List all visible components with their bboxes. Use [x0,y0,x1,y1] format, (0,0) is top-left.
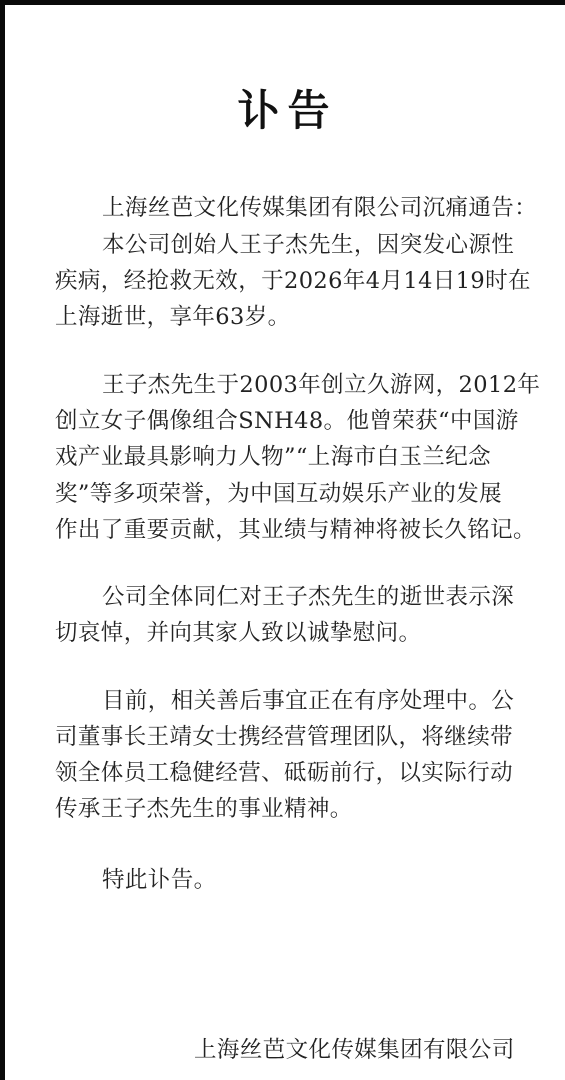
closing-line: 特此讣告。 [102,865,217,895]
paragraph-2-line-1: 王子杰先生于2003年创立久游网，2012年 [102,370,540,400]
paragraph-1-line-3: 疾病，经抢救无效，于2026年4月14日19时在 [55,266,531,296]
paragraph-2-line-2: 创立女子偶像组合SNH48。他曾荣获“中国游 [55,406,519,436]
paragraph-1-line-1: 上海丝芭文化传媒集团有限公司沉痛通告： [102,193,537,223]
paragraph-1-line-4: 上海逝世，享年63岁。 [55,302,291,332]
paragraph-4-line-4: 传承王子杰先生的事业精神。 [55,794,353,824]
paragraph-2-line-5: 作出了重要贡献，其业绩与精神将被长久铭记。 [55,515,536,545]
paragraph-1-line-2: 本公司创始人王子杰先生，因突发心源性 [102,230,514,260]
document-title: 讣告 [5,83,565,139]
company-signature: 上海丝芭文化传媒集团有限公司 [194,1035,515,1065]
paragraph-3-line-1: 公司全体同仁对王子杰先生的逝世表示深 [102,582,514,612]
paragraph-2-line-3: 戏产业最具影响力人物”“上海市白玉兰纪念 [55,442,491,472]
paragraph-4-line-1: 目前，相关善后事宜正在有序处理中。公 [102,686,514,716]
paragraph-4-line-3: 领全体员工稳健经营、砥砺前行，以实际行动 [55,758,513,788]
paragraph-2-line-4: 奖”等多项荣誉，为中国互动娱乐产业的发展 [55,479,502,509]
paragraph-3-line-2: 切哀悼，并向其家人致以诚挚慰问。 [55,618,421,648]
paragraph-4-line-2: 司董事长王靖女士携经营管理团队，将继续带 [55,722,513,752]
obituary-document: 讣告 上海丝芭文化传媒集团有限公司沉痛通告： 本公司创始人王子杰先生，因突发心源… [0,0,565,1080]
